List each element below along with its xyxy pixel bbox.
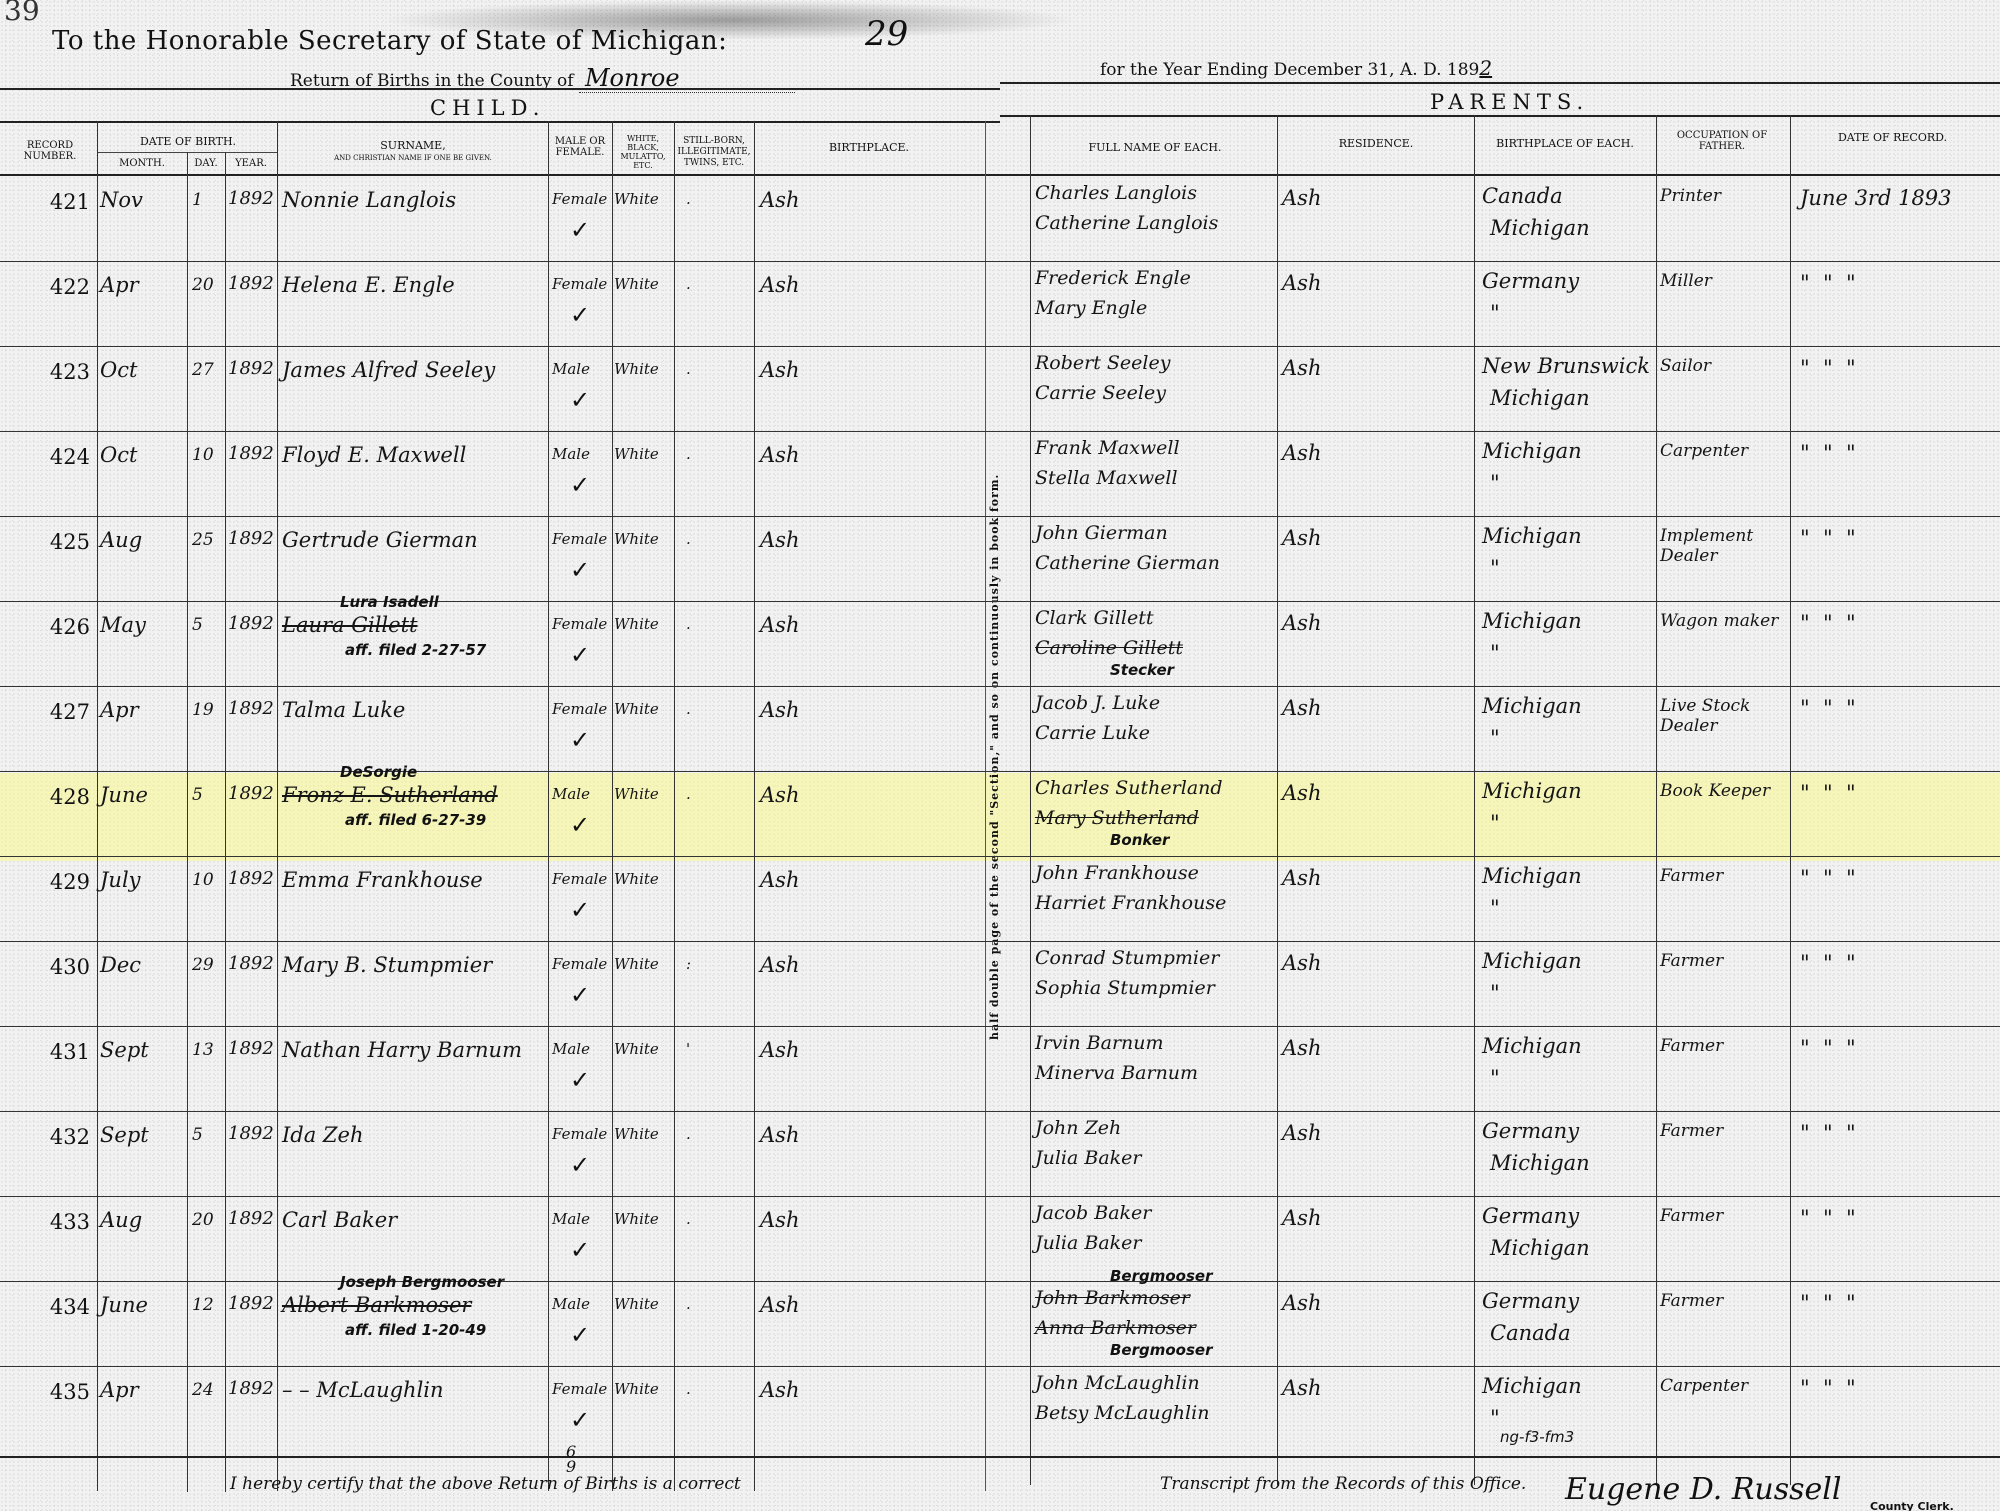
col-residence: Residence. xyxy=(1278,138,1474,149)
mother-birthplace: " xyxy=(1490,1066,1500,1090)
father-occupation: Carpenter xyxy=(1660,1376,1785,1396)
check-icon: ✓ xyxy=(570,556,590,584)
column-header-bottom xyxy=(0,174,2000,176)
date-of-record: " " " xyxy=(1800,271,1856,295)
child-sex: Female xyxy=(552,190,607,208)
birth-month: Apr xyxy=(100,1378,139,1402)
child-sex: Male xyxy=(552,785,590,803)
birth-month: Oct xyxy=(100,443,137,467)
birth-day: 5 xyxy=(192,785,203,805)
mother-name: Julia Baker xyxy=(1035,1232,1142,1254)
row-divider xyxy=(0,941,2000,942)
date-of-record: June 3rd 1893 xyxy=(1800,186,1952,210)
father-birthplace: Michigan xyxy=(1482,1034,1582,1058)
child-race: White xyxy=(614,1040,659,1058)
residence: Ash xyxy=(1282,1121,1321,1145)
birth-year: 1892 xyxy=(228,188,274,209)
birth-month: Aug xyxy=(100,1208,142,1232)
mother-correction: Stecker xyxy=(1110,661,1174,679)
father-name: John Barkmoser xyxy=(1035,1287,1190,1309)
father-name: Conrad Stumpmier xyxy=(1035,947,1219,969)
check-icon: ✓ xyxy=(570,811,590,839)
col-year: Year. xyxy=(225,158,277,169)
child-sex: Female xyxy=(552,530,607,548)
check-icon: ✓ xyxy=(570,386,590,414)
birth-year: 1892 xyxy=(228,1123,274,1144)
child-race: White xyxy=(614,1380,659,1398)
birth-day: 27 xyxy=(192,360,214,380)
child-birthplace: Ash xyxy=(760,1038,799,1062)
mother-birthplace: " xyxy=(1490,811,1500,835)
birth-month: July xyxy=(100,868,141,892)
mother-name: Harriet Frankhouse xyxy=(1035,892,1226,914)
birth-day: 12 xyxy=(192,1295,214,1315)
row-divider xyxy=(0,1196,2000,1197)
residence: Ash xyxy=(1282,696,1321,720)
mother-name: Stella Maxwell xyxy=(1035,467,1178,489)
child-name: Carl Baker xyxy=(282,1208,397,1232)
child-birthplace: Ash xyxy=(760,783,799,807)
birth-month: June xyxy=(100,1293,148,1317)
birth-year: 1892 xyxy=(228,273,274,294)
record-number: 426 xyxy=(30,615,90,639)
row-divider xyxy=(0,856,2000,857)
col-surname-sub: and Christian name if one be given. xyxy=(278,153,548,164)
child-race: White xyxy=(614,360,659,378)
spine-instruction: half double page of the second "Section,… xyxy=(988,474,1001,1040)
child-birthplace: Ash xyxy=(760,1293,799,1317)
father-name: John McLaughlin xyxy=(1035,1372,1200,1394)
mother-correction: Bonker xyxy=(1110,831,1169,849)
section-child: CHILD. xyxy=(430,96,545,120)
residence: Ash xyxy=(1282,1206,1321,1230)
father-birthplace: Michigan xyxy=(1482,609,1582,633)
mother-birthplace: " xyxy=(1490,726,1500,750)
check-icon: ✓ xyxy=(570,301,590,329)
child-name: Fronz E. Sutherland xyxy=(282,783,498,807)
child-sex: Male xyxy=(552,1295,590,1313)
father-birthplace: Germany xyxy=(1482,1204,1579,1228)
row-divider xyxy=(0,516,2000,517)
row-divider xyxy=(0,1026,2000,1027)
row-divider xyxy=(0,601,2000,602)
mother-birthplace: " xyxy=(1490,981,1500,1005)
child-name: Albert Barkmoser xyxy=(282,1293,471,1317)
birth-year: 1892 xyxy=(228,358,274,379)
mother-correction: Bergmooser xyxy=(1110,1341,1212,1359)
mother-birthplace: " xyxy=(1490,556,1500,580)
tally-mark: 6 9 xyxy=(566,1444,576,1474)
child-name: Emma Frankhouse xyxy=(282,868,483,892)
name-correction: DeSorgie xyxy=(340,763,417,781)
mother-name: Caroline Gillett xyxy=(1035,637,1183,659)
col-record-number: Record Number. xyxy=(10,140,90,162)
mother-name: Catherine Gierman xyxy=(1035,552,1220,574)
birth-day: 13 xyxy=(192,1040,214,1060)
mother-birthplace: " xyxy=(1490,896,1500,920)
child-name: Nathan Harry Barnum xyxy=(282,1038,522,1062)
residence: Ash xyxy=(1282,1291,1321,1315)
birth-year: 1892 xyxy=(228,698,274,719)
birth-year: 1892 xyxy=(228,1208,274,1229)
status-mark: . xyxy=(686,190,691,208)
status-mark: ' xyxy=(686,1040,690,1058)
mother-name: Anna Barkmoser xyxy=(1035,1317,1196,1339)
father-occupation: Farmer xyxy=(1660,951,1785,971)
check-icon: ✓ xyxy=(570,726,590,754)
father-name: John Frankhouse xyxy=(1035,862,1199,884)
col-date-of-record: Date of Record. xyxy=(1790,132,1995,143)
mother-birthplace: Michigan xyxy=(1490,216,1590,240)
child-race: White xyxy=(614,190,659,208)
record-number: 422 xyxy=(30,275,90,299)
record-number: 435 xyxy=(30,1380,90,1404)
child-name: – – McLaughlin xyxy=(282,1378,444,1402)
check-icon: ✓ xyxy=(570,1406,590,1434)
row-divider xyxy=(0,686,2000,687)
column-header-top-right xyxy=(1000,115,2000,117)
child-birthplace: Ash xyxy=(760,358,799,382)
date-of-record: " " " xyxy=(1800,1036,1856,1060)
child-race: White xyxy=(614,530,659,548)
child-sex: Female xyxy=(552,870,607,888)
col-status: Still-born, Illegitimate, Twins, Etc. xyxy=(674,136,754,169)
check-icon: ✓ xyxy=(570,641,590,669)
father-occupation: Farmer xyxy=(1660,1206,1785,1226)
father-name: Jacob J. Luke xyxy=(1035,692,1160,714)
col-parent-birthplace: Birthplace of Each. xyxy=(1474,138,1656,149)
date-of-record: " " " xyxy=(1800,526,1856,550)
mother-name: Minerva Barnum xyxy=(1035,1062,1198,1084)
child-birthplace: Ash xyxy=(760,953,799,977)
row-divider xyxy=(0,261,2000,262)
birth-day: 1 xyxy=(192,190,203,210)
child-birthplace: Ash xyxy=(760,1378,799,1402)
name-correction: Joseph Bergmooser xyxy=(340,1273,504,1291)
father-occupation: Farmer xyxy=(1660,1121,1785,1141)
child-name: Laura Gillett xyxy=(282,613,417,637)
mother-name: Carrie Seeley xyxy=(1035,382,1166,404)
row-divider xyxy=(0,1366,2000,1367)
father-birthplace: Michigan xyxy=(1482,524,1582,548)
affidavit-note: aff. filed 1-20-49 xyxy=(345,1321,486,1339)
residence: Ash xyxy=(1282,951,1321,975)
col-birthplace: Birthplace. xyxy=(754,142,984,153)
birth-day: 10 xyxy=(192,870,214,890)
index-note: ng-f3-fm3 xyxy=(1500,1428,1574,1446)
birth-month: Sept xyxy=(100,1038,149,1062)
status-mark: . xyxy=(686,615,691,633)
child-birthplace: Ash xyxy=(760,698,799,722)
residence: Ash xyxy=(1282,356,1321,380)
father-birthplace: Germany xyxy=(1482,1289,1579,1313)
mother-birthplace: " xyxy=(1490,301,1500,325)
document-title: To the Honorable Secretary of State of M… xyxy=(52,26,727,56)
record-number: 423 xyxy=(30,360,90,384)
record-number: 432 xyxy=(30,1125,90,1149)
birth-day: 5 xyxy=(192,1125,203,1145)
page-number: 29 xyxy=(865,14,908,54)
father-occupation: Carpenter xyxy=(1660,441,1785,461)
mother-name: Mary Engle xyxy=(1035,297,1147,319)
child-race: White xyxy=(614,615,659,633)
mother-birthplace: Canada xyxy=(1490,1321,1571,1345)
status-mark: . xyxy=(686,700,691,718)
child-birthplace: Ash xyxy=(760,613,799,637)
father-occupation: Wagon maker xyxy=(1660,611,1785,631)
mother-name: Sophia Stumpmier xyxy=(1035,977,1215,999)
father-birthplace: New Brunswick xyxy=(1482,354,1650,378)
child-race: White xyxy=(614,1210,659,1228)
mother-birthplace: " xyxy=(1490,641,1500,665)
father-birthplace: Michigan xyxy=(1482,864,1582,888)
father-birthplace: Germany xyxy=(1482,269,1579,293)
check-icon: ✓ xyxy=(570,1151,590,1179)
father-name: Charles Langlois xyxy=(1035,182,1197,204)
father-name: Irvin Barnum xyxy=(1035,1032,1164,1054)
child-sex: Female xyxy=(552,1380,607,1398)
col-day: Day. xyxy=(187,158,225,169)
father-occupation: Farmer xyxy=(1660,1036,1785,1056)
residence: Ash xyxy=(1282,526,1321,550)
status-mark: . xyxy=(686,785,691,803)
date-of-record: " " " xyxy=(1800,1376,1856,1400)
birth-month: Apr xyxy=(100,273,139,297)
child-name: Mary B. Stumpmier xyxy=(282,953,492,977)
birth-year: 1892 xyxy=(228,783,274,804)
child-name: Helena E. Engle xyxy=(282,273,455,297)
child-sex: Male xyxy=(552,445,590,463)
transcript-text: Transcript from the Records of this Offi… xyxy=(1160,1474,1526,1494)
father-occupation: Miller xyxy=(1660,271,1785,291)
date-of-record: " " " xyxy=(1800,356,1856,380)
col-occupation: Occupation of Father. xyxy=(1656,130,1788,152)
clerk-signature: Eugene D. Russell xyxy=(1565,1472,1842,1507)
col-race: White, Black, Mulatto, Etc. xyxy=(612,134,674,170)
mother-name: Catherine Langlois xyxy=(1035,212,1218,234)
birth-year: 1892 xyxy=(228,868,274,889)
name-correction: Lura Isadell xyxy=(340,593,439,611)
status-mark: . xyxy=(686,445,691,463)
residence: Ash xyxy=(1282,866,1321,890)
child-sex: Male xyxy=(552,1040,590,1058)
child-sex: Male xyxy=(552,360,590,378)
record-number: 431 xyxy=(30,1040,90,1064)
record-number: 430 xyxy=(30,955,90,979)
status-mark: . xyxy=(686,1210,691,1228)
mother-birthplace: " xyxy=(1490,471,1500,495)
year-value: 2 xyxy=(1479,56,1492,80)
check-icon: ✓ xyxy=(570,1066,590,1094)
child-race: White xyxy=(614,700,659,718)
father-name: John Gierman xyxy=(1035,522,1168,544)
residence: Ash xyxy=(1282,781,1321,805)
father-occupation: Live Stock Dealer xyxy=(1660,696,1785,736)
father-name: Jacob Baker xyxy=(1035,1202,1151,1224)
status-mark: . xyxy=(686,1295,691,1313)
residence: Ash xyxy=(1282,441,1321,465)
birth-month: Aug xyxy=(100,528,142,552)
header-rule-left xyxy=(0,88,1000,90)
col-parent-names: Full Name of Each. xyxy=(1030,142,1280,153)
father-birthplace: Germany xyxy=(1482,1119,1579,1143)
page-corner-number: 39 xyxy=(4,0,40,27)
check-icon: ✓ xyxy=(570,981,590,1009)
child-race: White xyxy=(614,275,659,293)
birth-day: 20 xyxy=(192,1210,214,1230)
child-name: James Alfred Seeley xyxy=(282,358,495,382)
birth-year: 1892 xyxy=(228,953,274,974)
check-icon: ✓ xyxy=(570,216,590,244)
father-occupation: Book Keeper xyxy=(1660,781,1785,801)
child-name: Nonnie Langlois xyxy=(282,188,456,212)
residence: Ash xyxy=(1282,271,1321,295)
child-sex: Female xyxy=(552,1125,607,1143)
child-race: White xyxy=(614,955,659,973)
residence: Ash xyxy=(1282,1376,1321,1400)
father-name: John Zeh xyxy=(1035,1117,1121,1139)
child-sex: Female xyxy=(552,955,607,973)
father-birthplace: Canada xyxy=(1482,184,1563,208)
date-of-record: " " " xyxy=(1800,1291,1856,1315)
certify-text: I hereby certify that the above Return o… xyxy=(230,1474,741,1494)
record-number: 429 xyxy=(30,870,90,894)
child-birthplace: Ash xyxy=(760,868,799,892)
birth-day: 19 xyxy=(192,700,214,720)
birth-year: 1892 xyxy=(228,613,274,634)
birth-year: 1892 xyxy=(228,1378,274,1399)
child-name: Talma Luke xyxy=(282,698,405,722)
year-label: for the Year Ending December 31, A. D. 1… xyxy=(1100,60,1479,80)
col-month: Month. xyxy=(97,158,187,169)
father-correction: Bergmooser xyxy=(1110,1267,1212,1285)
child-birthplace: Ash xyxy=(760,443,799,467)
mother-birthplace: Michigan xyxy=(1490,1151,1590,1175)
mother-birthplace: Michigan xyxy=(1490,1236,1590,1260)
birth-year: 1892 xyxy=(228,443,274,464)
father-birthplace: Michigan xyxy=(1482,779,1582,803)
mother-name: Carrie Luke xyxy=(1035,722,1150,744)
date-of-record: " " " xyxy=(1800,781,1856,805)
mother-name: Julia Baker xyxy=(1035,1147,1142,1169)
record-number: 434 xyxy=(30,1295,90,1319)
date-of-record: " " " xyxy=(1800,951,1856,975)
clerk-label: County Clerk. xyxy=(1870,1500,1954,1511)
mother-birthplace: " xyxy=(1490,1406,1500,1430)
check-icon: ✓ xyxy=(570,471,590,499)
father-occupation: Farmer xyxy=(1660,1291,1785,1311)
birth-month: Apr xyxy=(100,698,139,722)
record-number: 424 xyxy=(30,445,90,469)
father-name: Frank Maxwell xyxy=(1035,437,1180,459)
row-divider xyxy=(0,771,2000,772)
residence: Ash xyxy=(1282,611,1321,635)
child-sex: Female xyxy=(552,700,607,718)
father-occupation: Farmer xyxy=(1660,866,1785,886)
birth-year: 1892 xyxy=(228,528,274,549)
mother-birthplace: Michigan xyxy=(1490,386,1590,410)
father-name: Charles Sutherland xyxy=(1035,777,1223,799)
birth-day: 5 xyxy=(192,615,203,635)
row-divider xyxy=(0,346,2000,347)
date-of-record: " " " xyxy=(1800,611,1856,635)
child-name: Floyd E. Maxwell xyxy=(282,443,466,467)
record-number: 433 xyxy=(30,1210,90,1234)
father-birthplace: Michigan xyxy=(1482,439,1582,463)
status-mark: . xyxy=(686,1380,691,1398)
affidavit-note: aff. filed 6-27-39 xyxy=(345,811,486,829)
birth-month: May xyxy=(100,613,146,637)
col-sex: Male or Female. xyxy=(548,136,612,158)
check-icon: ✓ xyxy=(570,1321,590,1349)
birth-month: June xyxy=(100,783,148,807)
child-sex: Female xyxy=(552,275,607,293)
date-of-record: " " " xyxy=(1800,1206,1856,1230)
record-number: 425 xyxy=(30,530,90,554)
birth-year: 1892 xyxy=(228,1293,274,1314)
father-occupation: Sailor xyxy=(1660,356,1785,376)
child-birthplace: Ash xyxy=(760,1208,799,1232)
father-name: Frederick Engle xyxy=(1035,267,1191,289)
check-icon: ✓ xyxy=(570,1236,590,1264)
table-bottom-rule xyxy=(0,1456,2000,1458)
row-divider xyxy=(0,431,2000,432)
date-of-record: " " " xyxy=(1800,1121,1856,1145)
child-race: White xyxy=(614,1295,659,1313)
residence: Ash xyxy=(1282,186,1321,210)
record-number: 428 xyxy=(30,785,90,809)
child-sex: Male xyxy=(552,1210,590,1228)
status-mark: . xyxy=(686,530,691,548)
record-number: 421 xyxy=(30,190,90,214)
status-mark: . xyxy=(686,1125,691,1143)
section-parents: PARENTS. xyxy=(1430,90,1589,114)
birth-day: 24 xyxy=(192,1380,214,1400)
status-mark: : xyxy=(686,955,691,973)
birth-month: Nov xyxy=(100,188,143,212)
father-birthplace: Michigan xyxy=(1482,1374,1582,1398)
mother-name: Mary Sutherland xyxy=(1035,807,1199,829)
father-occupation: Printer xyxy=(1660,186,1785,206)
birth-day: 10 xyxy=(192,445,214,465)
col-surname: Surname, xyxy=(278,140,548,151)
child-sex: Female xyxy=(552,615,607,633)
father-name: Clark Gillett xyxy=(1035,607,1154,629)
birth-month: Dec xyxy=(100,953,141,977)
child-race: White xyxy=(614,870,659,888)
check-icon: ✓ xyxy=(570,896,590,924)
header-rule-right xyxy=(1000,82,2000,84)
col-date-of-birth: Date of Birth. xyxy=(98,136,278,147)
child-name: Gertrude Gierman xyxy=(282,528,478,552)
birth-year: 1892 xyxy=(228,1038,274,1059)
date-of-record: " " " xyxy=(1800,866,1856,890)
child-race: White xyxy=(614,445,659,463)
status-mark: . xyxy=(686,275,691,293)
birth-day: 20 xyxy=(192,275,214,295)
column-header-top-left xyxy=(0,121,1000,123)
birth-month: Oct xyxy=(100,358,137,382)
child-birthplace: Ash xyxy=(760,1123,799,1147)
record-number: 427 xyxy=(30,700,90,724)
affidavit-note: aff. filed 2-27-57 xyxy=(345,641,486,659)
status-mark: . xyxy=(686,360,691,378)
year-line: for the Year Ending December 31, A. D. 1… xyxy=(1100,56,1492,80)
date-of-record: " " " xyxy=(1800,696,1856,720)
residence: Ash xyxy=(1282,1036,1321,1060)
birth-day: 25 xyxy=(192,530,214,550)
father-birthplace: Michigan xyxy=(1482,949,1582,973)
